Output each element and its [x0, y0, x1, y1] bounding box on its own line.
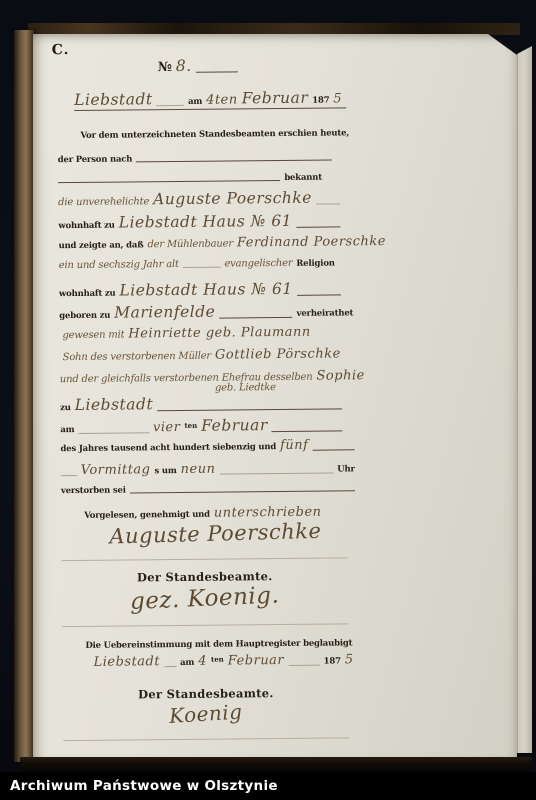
birthplace-line: geboren zu Marienfelde verheirathet — [59, 301, 357, 322]
header-date-line: Liebstadt am 4ten Februar 187 5 — [74, 88, 346, 111]
age-rule — [183, 267, 221, 268]
residence1-rule — [296, 226, 340, 227]
age-religion-line: ein und sechszig Jahr alt evangelischer … — [59, 257, 339, 271]
label-zeigte-an: und zeigte an, daß — [59, 240, 144, 251]
document-content: 9 C. № 8. Liebstadt am 4ten Februar 187 … — [30, 30, 521, 761]
label-s-um: s um — [154, 466, 176, 476]
declarant-line: die unverehelichte Auguste Poerschke — [58, 188, 344, 209]
spouse-line: gewesen mit Heinriette geb. Plaumann — [62, 325, 314, 342]
label-uhr: Uhr — [337, 464, 355, 474]
certify-rule — [288, 665, 320, 666]
certify-day: 4 — [198, 654, 207, 669]
book-spine — [14, 30, 34, 762]
archive-caption-bar: Archiwum Państwowe w Olsztynie — [0, 772, 536, 800]
death-date-line: am vier ten Februar — [60, 415, 346, 436]
death-place-value: Liebstadt — [75, 395, 154, 414]
residence2-value: Liebstadt Haus № 61 — [119, 280, 292, 300]
certify-year-printed: 187 — [324, 656, 341, 666]
father-name: Gottlieb Pörschke — [215, 346, 341, 362]
header-month: Februar — [242, 89, 309, 108]
residence2-rule — [297, 294, 341, 295]
death-date-rule1 — [78, 432, 149, 434]
person-nach-line: der Person nach — [58, 152, 336, 165]
numero-sign: № — [158, 60, 172, 75]
label-wohnhaft-zu-2: wohnhaft zu — [59, 289, 115, 300]
certify-place: Liebstadt — [94, 654, 161, 670]
record-number-value: 8. — [176, 57, 192, 75]
zeigte-an-line: und zeigte an, daß der Mühlenbauer Ferdi… — [58, 234, 389, 252]
death-time-line: Vormittag s um neun Uhr — [61, 460, 359, 478]
certify-date-line: Liebstadt am 4 ten Februar 187 5 — [94, 652, 358, 670]
certify-month: Februar — [228, 653, 285, 669]
declarant-rule — [316, 203, 340, 204]
person-nach-rule — [136, 160, 332, 163]
registrar-label-1: Der Standesbeamte. — [62, 568, 348, 585]
mother-name: Sophie — [316, 368, 364, 383]
label-am-2: am — [60, 425, 74, 435]
book-bottom-edge — [20, 757, 532, 772]
book-top-edge — [28, 23, 520, 35]
document-page: 9 C. № 8. Liebstadt am 4ten Februar 187 … — [33, 34, 517, 760]
year-word: fünf — [280, 438, 309, 453]
time-rule0 — [61, 475, 77, 476]
next-page-edge — [517, 46, 532, 753]
label-am: am — [188, 97, 202, 107]
label-verheirathet: verheirathet — [297, 308, 354, 319]
verstorben-rule — [130, 490, 355, 493]
declarant-prefix: die unverehelichte — [58, 196, 149, 208]
section-letter: C. — [52, 42, 70, 58]
bekannt-line: bekannt — [58, 173, 326, 186]
certify-line: Die Uebereinstimmung mit dem Hauptregist… — [85, 638, 352, 651]
label-year: des Jahres tausend acht hundert siebenzi… — [60, 442, 276, 454]
daytime-value: Vormittag — [81, 462, 151, 478]
divider-rule-3 — [63, 737, 349, 741]
header-year-printed: 187 — [312, 96, 329, 106]
label-wohnhaft-zu-1: wohnhaft zu — [58, 221, 114, 232]
record-number-rule — [196, 71, 238, 72]
header-place: Liebstadt — [74, 90, 153, 109]
birthplace-rule — [219, 317, 292, 319]
declarant-signature: Auguste Poerschke — [109, 521, 321, 547]
spouse-name: Heinriette geb. Plaumann — [128, 325, 310, 342]
residence2-line: wohnhaft zu Liebstadt Haus № 61 — [59, 279, 345, 300]
birthplace-value: Marienfelde — [114, 303, 215, 322]
scanned-register-page: 9 C. № 8. Liebstadt am 4ten Februar 187 … — [0, 0, 536, 800]
year-rule — [312, 449, 354, 450]
label-religion: Religion — [296, 258, 334, 268]
certify-year-digit: 5 — [345, 652, 354, 667]
hour-value: neun — [181, 462, 216, 477]
divider-rule-2 — [62, 623, 348, 627]
residence1-line: wohnhaft zu Liebstadt Haus № 61 — [58, 211, 344, 232]
death-day: vier — [153, 420, 181, 435]
death-place-line: zu Liebstadt — [60, 393, 346, 414]
age-value: ein und sechszig Jahr alt — [59, 259, 179, 271]
mother-birthname-line: geb. Liedtke — [215, 382, 276, 394]
header-year-digit: 5 — [333, 91, 342, 106]
father-prefix: Sohn des verstorbenen Müller — [63, 351, 211, 363]
residence1-value: Liebstadt Haus № 61 — [119, 212, 292, 232]
death-place-rule — [157, 408, 342, 411]
mother-birthname: geb. Liedtke — [215, 382, 276, 394]
archive-caption-text: Archiwum Państwowe w Olsztynie — [0, 778, 278, 794]
label-ten: ten — [184, 421, 197, 430]
certify-rule0 — [164, 666, 176, 667]
bekannt-rule — [58, 180, 280, 183]
header-day: 4ten — [206, 92, 238, 107]
declarant-name: Auguste Poerschke — [153, 189, 312, 209]
verstorben-line: verstorben sei — [61, 483, 359, 496]
label-geboren-zu: geboren zu — [59, 311, 110, 321]
deceased-name: Ferdinand Poerschke — [237, 234, 386, 250]
death-month: Februar — [201, 416, 268, 435]
label-zu: zu — [60, 403, 71, 413]
death-year-line: des Jahres tausend acht hundert siebenzi… — [60, 437, 358, 455]
divider-rule-1 — [62, 557, 348, 561]
form-intro-line: Vor dem unterzeichneten Standesbeamten e… — [80, 128, 349, 141]
record-number: № 8. — [158, 56, 268, 75]
header-rule — [157, 105, 184, 106]
registrar-signature-2: Koenig — [63, 700, 349, 727]
deceased-title: der Mühlenbauer — [147, 238, 233, 250]
registrar-label-2: Der Standesbeamte. — [63, 685, 349, 702]
certify-am: am — [180, 658, 194, 668]
time-rule — [219, 473, 333, 475]
father-line: Sohn des verstorbenen Müller Gottlieb Pö… — [63, 346, 345, 364]
death-date-rule2 — [272, 430, 343, 432]
religion-value: evangelischer — [224, 258, 292, 270]
closing-printed: Vorgelesen, genehmigt und — [84, 510, 210, 521]
spouse-prefix: gewesen mit — [62, 330, 124, 342]
registrar-signature-1: gez. Koenig. — [62, 584, 348, 613]
certify-ten: ten — [211, 655, 224, 664]
